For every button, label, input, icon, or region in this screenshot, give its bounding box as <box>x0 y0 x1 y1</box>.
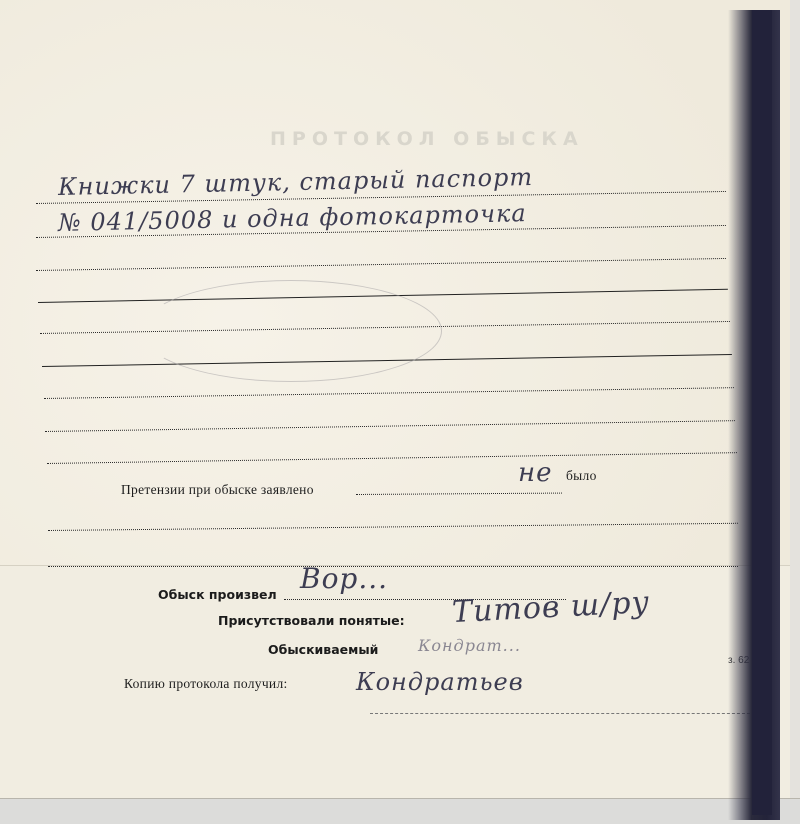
claims-fill-rule <box>356 493 562 495</box>
dotted-rule <box>36 258 726 271</box>
searched-person-label: Обыскиваемый <box>268 642 378 657</box>
dotted-rule <box>48 566 738 567</box>
witnesses-signature: Титов ш/ру <box>451 585 651 630</box>
claims-suffix: было <box>566 468 597 484</box>
dotted-rule <box>45 420 735 432</box>
lower-fold-section: Обыск произвел Вор... Присутствовали пон… <box>0 565 790 813</box>
searched-person-signature: Кондрат... <box>418 636 521 655</box>
ghost-heading-bleedthrough: ПРОТОКОЛ ОБЫСКА <box>270 128 584 150</box>
dotted-rule <box>48 523 738 531</box>
pencil-strike-mark <box>140 280 442 382</box>
copy-received-signature: Кондратьев <box>356 668 524 696</box>
dotted-rule <box>44 387 734 399</box>
handwritten-line-2: № 041/5008 и одна фотокарточка <box>58 199 527 237</box>
dotted-rule <box>370 713 750 714</box>
dotted-rule <box>47 452 737 464</box>
searched-by-label: Обыск произвел <box>158 587 277 602</box>
claims-handwritten-value: не <box>518 458 553 488</box>
scanner-bed-edge <box>0 798 800 824</box>
copy-received-label: Копию протокола получил: <box>124 676 288 692</box>
binding-shadow-core <box>752 10 772 815</box>
witnesses-label: Присутствовали понятые: <box>218 613 405 628</box>
searched-by-signature: Вор... <box>300 562 388 595</box>
claims-label: Претензии при обыске заявлено <box>121 482 314 498</box>
